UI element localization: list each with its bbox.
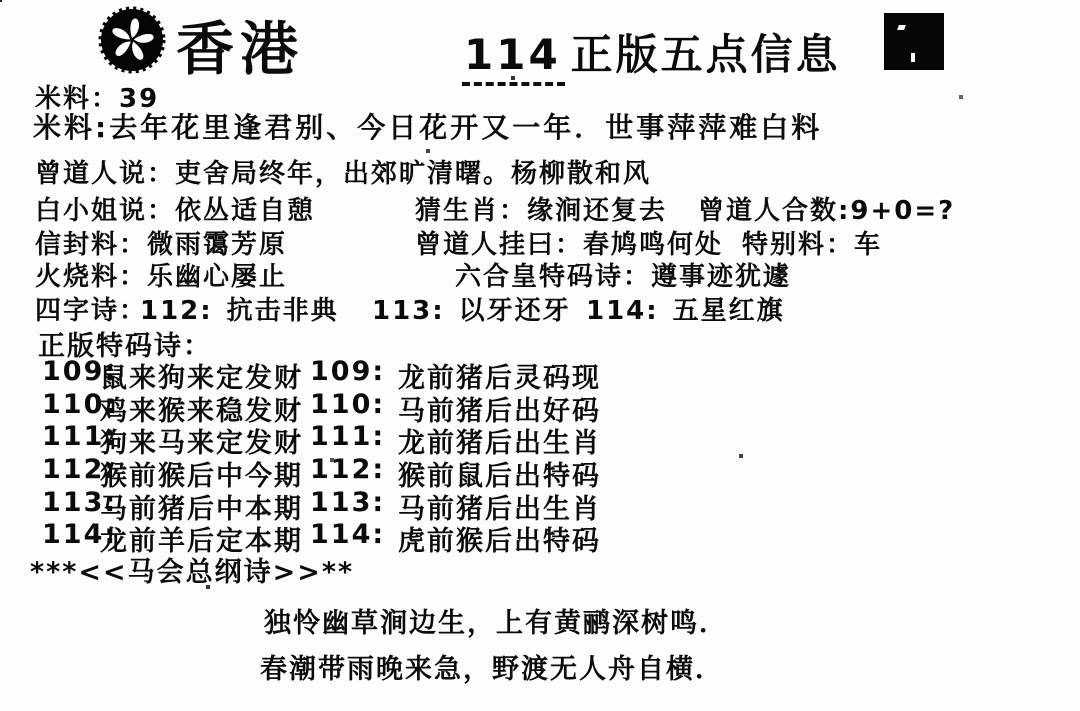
page-title: 114正版五点信息	[462, 22, 841, 86]
black-stamp	[884, 13, 944, 70]
special-code-poem-line: 六合皇特码诗：遵事迹犹遽	[455, 256, 791, 293]
lottery-info-sheet: 香港 114正版五点信息 米料：39 米料:去年花里逢君别、今日花开又一年．世事…	[0, 0, 1080, 711]
region-title: 香港	[176, 2, 304, 86]
zonggang-heading: ***<<马会总纲诗>>**	[30, 550, 354, 589]
hk-bauhinia-emblem-icon	[98, 6, 166, 74]
four-char-poem-item: 114:五星红旗	[586, 290, 785, 327]
zonggang-poem-line-1: 独怜幽草涧边生，上有黄鹂深树鸣．	[264, 601, 728, 640]
poem-text: 五星红旗	[673, 296, 785, 326]
four-char-poem-item: 112:抗击非典	[140, 290, 339, 327]
row-num: 110:	[310, 389, 385, 420]
fire-material-line: 火烧料：乐幽心屡止	[35, 256, 287, 293]
baixiaojie-says-line: 白小姐说：依丛适自憩	[35, 190, 315, 227]
row-num: 113:	[310, 487, 385, 518]
zonggang-poem-line-2: 春潮带雨晚来急，野渡无人舟自横．	[260, 647, 724, 686]
row-num: 114:	[310, 519, 385, 550]
poem-text: 以牙还牙	[459, 296, 571, 326]
page-title-text: 正版五点信息	[571, 30, 841, 79]
issue-number: 114	[462, 30, 565, 86]
row-num: 111:	[310, 421, 385, 452]
four-char-poem-item: 113:以牙还牙	[372, 290, 571, 327]
row-text: 虎前猴后出特码	[398, 519, 601, 558]
issue-num: 112:	[140, 296, 213, 326]
zengdaoren-says-line: 曾道人说：吏舍局终年，出郊旷清曙。杨柳散和风	[35, 153, 651, 190]
row-num: 112:	[310, 454, 385, 485]
guess-zodiac-line: 猜生肖：缘涧还复去	[415, 190, 667, 227]
issue-num: 113:	[372, 296, 445, 326]
miliao-poem-line: 米料:去年花里逢君别、今日花开又一年．世事萍萍难白料	[33, 106, 822, 146]
issue-num: 114:	[586, 296, 659, 326]
four-char-poem-label: 四字诗：	[35, 290, 147, 327]
sum-hint-line: 曾道人合数:9+0=?	[698, 190, 955, 227]
scan-noise	[0, 0, 2, 2]
row-num: 109:	[310, 356, 385, 387]
poem-text: 抗击非典	[227, 296, 339, 326]
